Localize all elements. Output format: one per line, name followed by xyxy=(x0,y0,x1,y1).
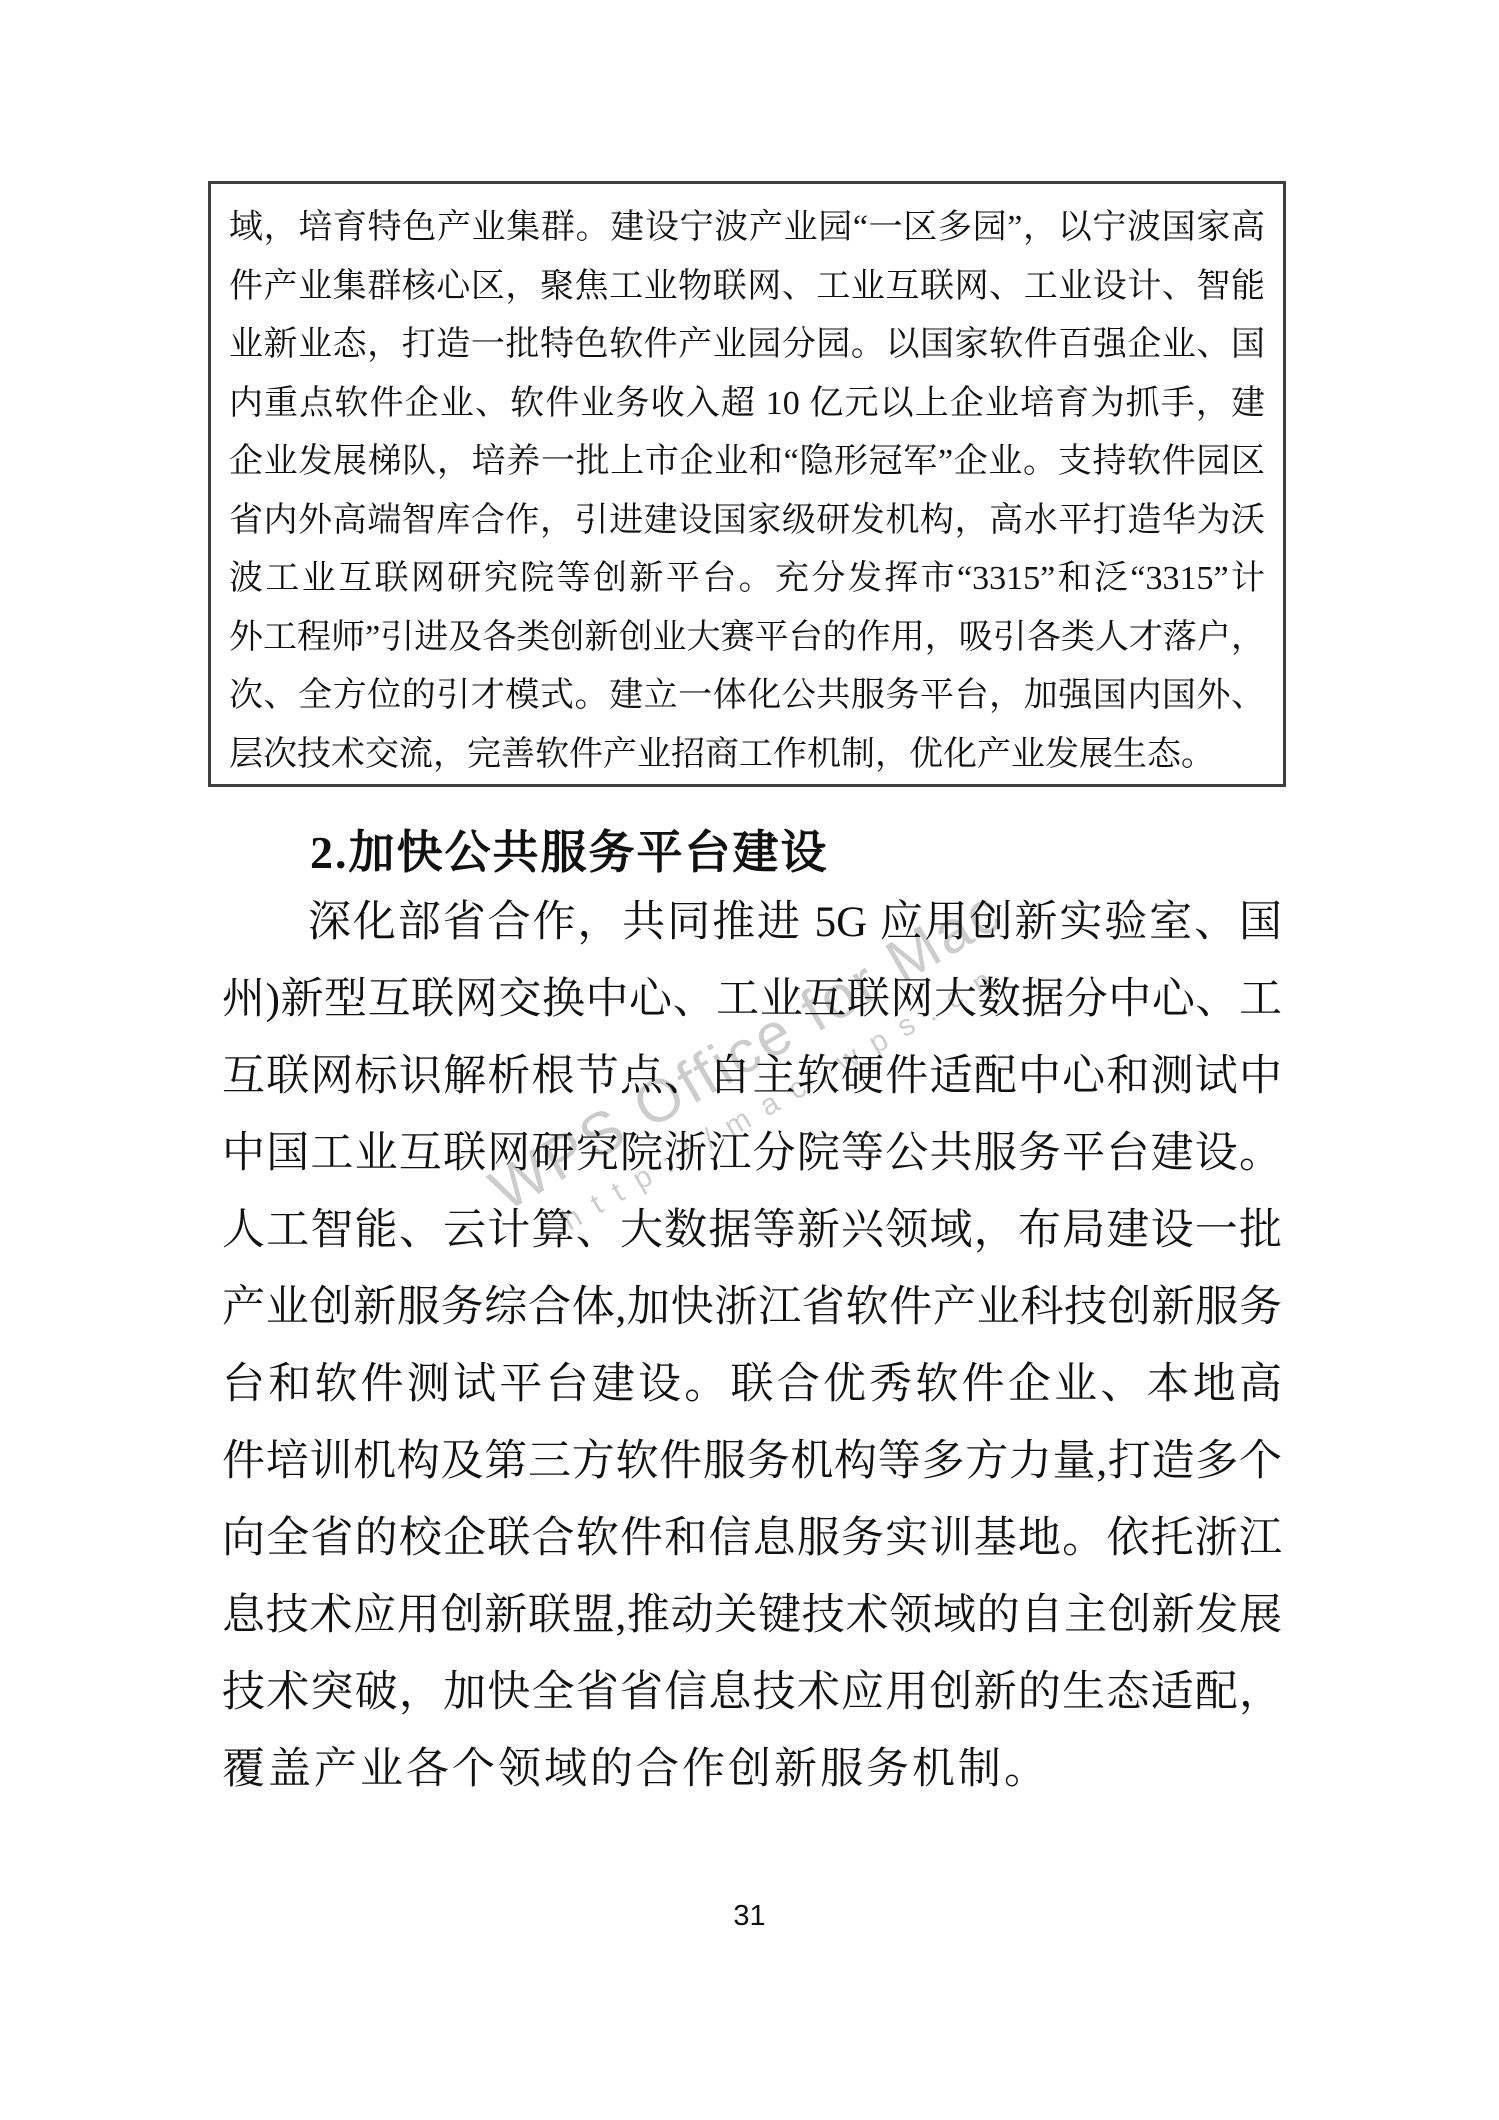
paragraph-line: 互联网标识解析根节点、自主软硬件适配中心和测试中心、 xyxy=(222,1038,1282,1115)
box-line: 件产业集群核心区，聚焦工业物联网、工业互联网、工业设计、智能终端等新产 xyxy=(229,258,1265,317)
box-line: 波工业互联网研究院等创新平台。充分发挥市“3315”和泛“3315”计划、“海 xyxy=(229,550,1265,609)
box-line: 域，培育特色产业集群。建设宁波产业园“一区多园”，以宁波国家高新区为软 xyxy=(229,199,1265,258)
box-line: 内重点软件企业、软件业务收入超 10 亿元以上企业培育为抓手，建立完善软件 xyxy=(229,375,1265,434)
box-line: 次、全方位的引才模式。建立一体化公共服务平台，加强国内国外、省内省外多 xyxy=(229,667,1265,726)
paragraph-line: 息技术应用创新联盟,推动关键技术领域的自主创新发展和 xyxy=(222,1577,1282,1654)
body-paragraph: 深化部省合作，共同推进 5G 应用创新实验室、国家(杭 州)新型互联网交换中心、… xyxy=(222,884,1282,1808)
box-line: 外工程师”引进及各类创新创业大赛平台的作用，吸引各类人才落户，建立多层 xyxy=(229,609,1265,668)
paragraph-line: 人工智能、云计算、大数据等新兴领域，布局建设一批软件 xyxy=(222,1192,1282,1269)
section-heading: 2.加快公共服务平台建设 xyxy=(222,816,1282,882)
paragraph-line: 产业创新服务综合体,加快浙江省软件产业科技创新服务平 xyxy=(222,1269,1282,1346)
page-number: 31 xyxy=(0,1900,1499,1933)
box-line: 省内外高端智库合作，引进建设国家级研发机构，高水平打造华为沃土工场、宁 xyxy=(229,492,1265,551)
document-page: WPS Office for Mac http://mac.wps.cn 域，培… xyxy=(0,0,1499,2120)
paragraph-line: 中国工业互联网研究院浙江分院等公共服务平台建设。聚焦 xyxy=(222,1115,1282,1192)
paragraph-line: 深化部省合作，共同推进 5G 应用创新实验室、国家(杭 xyxy=(222,884,1282,961)
paragraph-line: 向全省的校企联合软件和信息服务实训基地。依托浙江省信 xyxy=(222,1500,1282,1577)
paragraph-line: 台和软件测试平台建设。联合优秀软件企业、本地高校、软 xyxy=(222,1346,1282,1423)
box-line: 企业发展梯队，培养一批上市企业和“隐形冠军”企业。支持软件园区和企业与 xyxy=(229,433,1265,492)
box-line: 业新业态，打造一批特色软件产业园分园。以国家软件百强企业、国家规划布局 xyxy=(229,316,1265,375)
paragraph-line: 件培训机构及第三方软件服务机构等多方力量,打造多个面 xyxy=(222,1423,1282,1500)
paragraph-line: 州)新型互联网交换中心、工业互联网大数据分中心、工业 xyxy=(222,961,1282,1038)
paragraph-line: 技术突破，加快全省省信息技术应用创新的生态适配，形成 xyxy=(222,1654,1282,1731)
box-line: 层次技术交流，完善软件产业招商工作机制，优化产业发展生态。 xyxy=(229,726,1265,785)
boxed-paragraph: 域，培育特色产业集群。建设宁波产业园“一区多园”，以宁波国家高新区为软 件产业集… xyxy=(208,181,1286,787)
paragraph-line: 覆盖产业各个领域的合作创新服务机制。 xyxy=(222,1731,1282,1808)
